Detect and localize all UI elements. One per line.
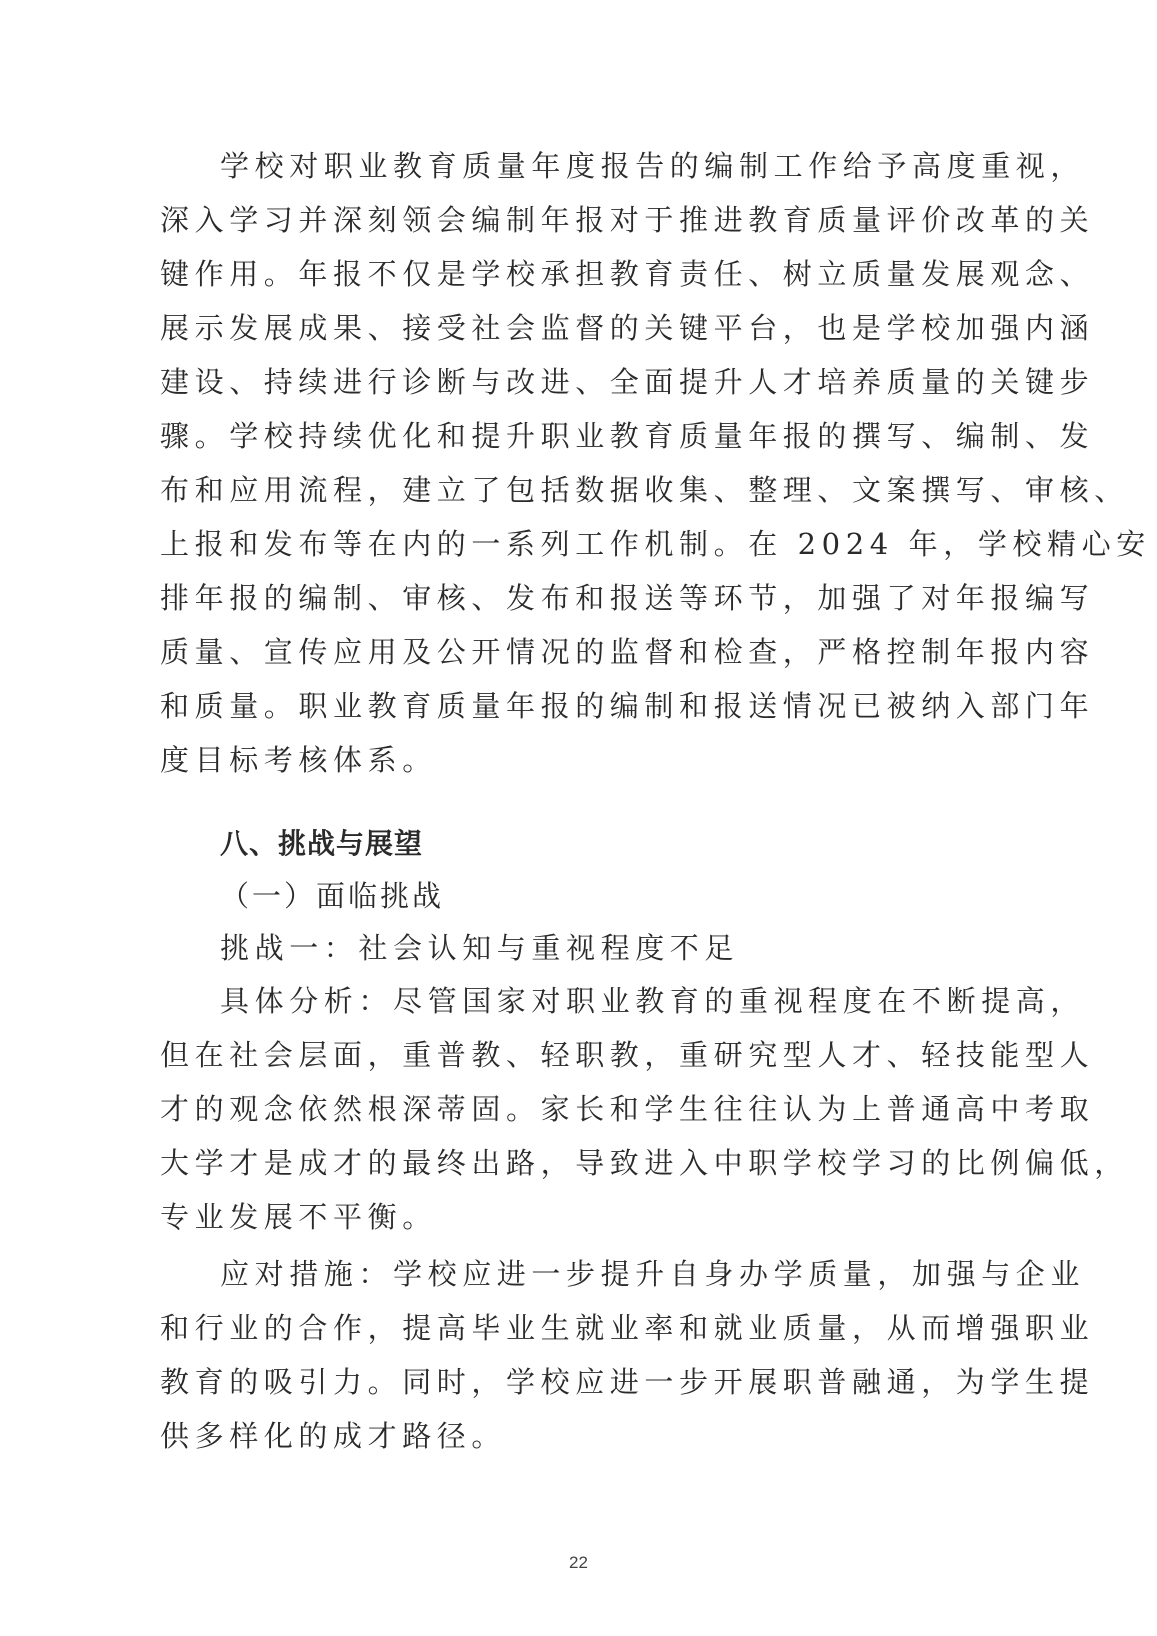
text-line: 学校对职业教育质量年度报告的编制工作给予高度重视，	[220, 146, 1085, 186]
section-heading: 八、挑战与展望	[220, 824, 423, 864]
text-line: 布和应用流程，建立了包括数据收集、整理、文案撰写、审核、	[160, 470, 1129, 510]
text-line: 质量、宣传应用及公开情况的监督和检查，严格控制年报内容	[160, 632, 1094, 672]
page-number: 22	[0, 1553, 1157, 1573]
text-line: 应对措施：学校应进一步提升自身办学质量，加强与企业	[220, 1254, 1085, 1294]
text-line: 专业发展不平衡。	[160, 1197, 437, 1237]
text-line: 和行业的合作，提高毕业生就业率和就业质量，从而增强职业	[160, 1308, 1094, 1348]
text-line: 教育的吸引力。同时，学校应进一步开展职普融通，为学生提	[160, 1362, 1094, 1402]
text-line: 供多样化的成才路径。	[160, 1416, 506, 1456]
text-line: 骤。学校持续优化和提升职业教育质量年报的撰写、编制、发	[160, 416, 1094, 456]
text-line: 建设、持续进行诊断与改进、全面提升人才培养质量的关键步	[160, 362, 1094, 402]
text-line: 度目标考核体系。	[160, 740, 437, 780]
text-line: 和质量。职业教育质量年报的编制和报送情况已被纳入部门年	[160, 686, 1094, 726]
text-line: 具体分析：尽管国家对职业教育的重视程度在不断提高，	[220, 981, 1085, 1021]
text-line: 深入学习并深刻领会编制年报对于推进教育质量评价改革的关	[160, 200, 1094, 240]
challenge-title: 挑战一：社会认知与重视程度不足	[220, 928, 739, 968]
text-line: 大学才是成才的最终出路，导致进入中职学校学习的比例偏低，	[160, 1143, 1129, 1183]
text-line: 排年报的编制、审核、发布和报送等环节，加强了对年报编写	[160, 578, 1094, 618]
text-line: 键作用。年报不仅是学校承担教育责任、树立质量发展观念、	[160, 254, 1094, 294]
text-line: 展示发展成果、接受社会监督的关键平台，也是学校加强内涵	[160, 308, 1094, 348]
document-page: 学校对职业教育质量年度报告的编制工作给予高度重视， 深入学习并深刻领会编制年报对…	[0, 0, 1157, 1636]
text-line: 上报和发布等在内的一系列工作机制。在 2024 年，学校精心安	[160, 524, 1151, 564]
subsection-heading: （一）面临挑战	[220, 876, 444, 916]
text-line: 但在社会层面，重普教、轻职教，重研究型人才、轻技能型人	[160, 1035, 1094, 1075]
text-line: 才的观念依然根深蒂固。家长和学生往往认为上普通高中考取	[160, 1089, 1094, 1129]
